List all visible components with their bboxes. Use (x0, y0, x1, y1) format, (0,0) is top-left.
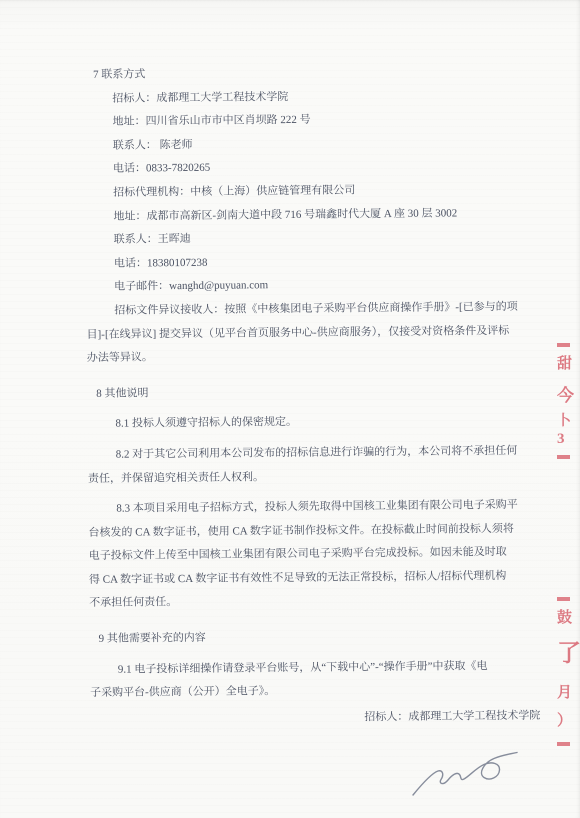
paragraph-line: 责任，并保留追究相关责任人权利。 (88, 463, 524, 491)
document-page: 7 联系方式招标人：成都理工大学工程技术学院地址：四川省乐山市市中区肖坝路 22… (0, 0, 580, 818)
stamp-glyph-fragment: 鼓 (557, 606, 572, 627)
paragraph-line: 招标文件异议接收人：按照《中核集团电子采购平台供应商操作手册》-[已参与的项 (86, 296, 522, 324)
stamp-glyph-fragment (557, 597, 570, 601)
section-heading: 9 其他需要补充的内容 (98, 624, 525, 652)
stamp-glyph-fragment (557, 742, 570, 746)
paragraph-line: 不承担任何责任。 (89, 588, 525, 616)
paragraph-line: 8.1 投标人须遵守招标人的保密规定。 (87, 409, 523, 437)
paragraph-line: 目]-[在线异议] 提交异议（见平台首页服务中心-供应商服务），仅接受对资格条件… (87, 319, 523, 347)
signer-line: 招标人：成都理工大学工程技术学院 (90, 704, 540, 732)
stamp-glyph-fragment: 甜 (557, 352, 572, 373)
stamp-glyph-fragment: 卜 (557, 410, 571, 430)
stamp-glyph-fragment: ） (557, 709, 572, 730)
stamp-glyph-fragment (557, 343, 570, 347)
paragraph-line: 8.2 对于其它公司利用本公司发布的招标信息进行诈骗的行为，本公司将不承担任何 (88, 440, 524, 468)
paragraph-line: 得 CA 数字证书或 CA 数字证书有效性不足导致的无法正常投标，招标人/招标代… (89, 565, 525, 593)
stamp-glyph-fragment: 3 (557, 431, 565, 448)
scanned-document-screenshot: { "page": { "paper_color": "#f8f8f6", "t… (0, 0, 580, 818)
stamp-glyph-fragment: 今 (557, 381, 574, 406)
red-stamp-fragment-upper: 甜今卜3 (553, 343, 579, 463)
paragraph-line: 办法等异议。 (87, 343, 523, 371)
document-body: 7 联系方式招标人：成都理工大学工程技术学院地址：四川省乐山市市中区肖坝路 22… (84, 60, 526, 733)
section-heading: 8 其他说明 (96, 378, 523, 406)
paragraph-line: 9.1 电子投标详细操作请登录平台账号，从“下载中心”-“操作手册”中获取《电 (90, 654, 526, 682)
stamp-glyph-fragment: 月 (557, 681, 572, 702)
paragraph-line: 子采购平台-供应商（公开）全电子》。 (90, 678, 526, 706)
stamp-glyph-fragment: 了 (557, 633, 580, 668)
red-stamp-fragment-lower: 鼓了月） (553, 597, 579, 752)
handwritten-signature (406, 750, 524, 806)
signature-stroke (406, 750, 524, 806)
stamp-glyph-fragment (557, 455, 570, 459)
